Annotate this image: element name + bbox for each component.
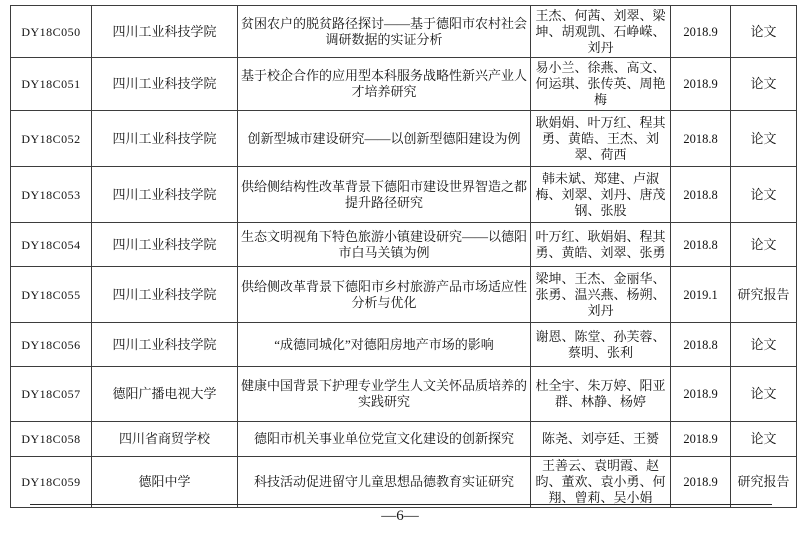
project-code: DY18C055 [11, 267, 92, 323]
result-type: 论文 [731, 58, 797, 111]
table-row: DY18C053 四川工业科技学院 供给侧结构性改革背景下德阳市建设世界智造之都… [11, 167, 797, 223]
document-page: DY18C050 四川工业科技学院 贫困农户的脱贫路径探讨——基于德阳市农村社会… [0, 0, 800, 534]
project-title: 供给侧改革背景下德阳市乡村旅游产品市场适应性分析与优化 [238, 267, 531, 323]
project-code: DY18C059 [11, 457, 92, 508]
institution: 四川工业科技学院 [92, 323, 238, 367]
result-type: 论文 [731, 111, 797, 167]
project-title: 科技活动促进留守儿童思想品德教育实证研究 [238, 457, 531, 508]
institution: 四川工业科技学院 [92, 6, 238, 58]
project-members: 梁坤、王杰、金丽华、张勇、温兴燕、杨朔、刘丹 [531, 267, 671, 323]
project-title: 生态文明视角下特色旅游小镇建设研究——以德阳市白马关镇为例 [238, 223, 531, 267]
project-members: 叶万红、耿娟娟、程其勇、黄皓、刘翠、张勇 [531, 223, 671, 267]
result-type: 论文 [731, 223, 797, 267]
project-title: 创新型城市建设研究——以创新型德阳建设为例 [238, 111, 531, 167]
table-row: DY18C054 四川工业科技学院 生态文明视角下特色旅游小镇建设研究——以德阳… [11, 223, 797, 267]
completion-date: 2018.9 [671, 457, 731, 508]
completion-date: 2018.8 [671, 323, 731, 367]
institution: 四川工业科技学院 [92, 167, 238, 223]
project-title: 贫困农户的脱贫路径探讨——基于德阳市农村社会调研数据的实证分析 [238, 6, 531, 58]
project-code: DY18C054 [11, 223, 92, 267]
institution: 四川工业科技学院 [92, 111, 238, 167]
completion-date: 2018.8 [671, 223, 731, 267]
project-members: 谢恩、陈堂、孙芙蓉、蔡明、张利 [531, 323, 671, 367]
institution: 德阳中学 [92, 457, 238, 508]
result-type: 论文 [731, 323, 797, 367]
project-members: 易小兰、徐燕、高文、何运琪、张传英、周艳梅 [531, 58, 671, 111]
project-title: 德阳市机关事业单位党宣文化建设的创新探究 [238, 422, 531, 457]
project-members: 王善云、袁明霞、赵昀、董欢、袁小勇、何翔、曾莉、吴小娟 [531, 457, 671, 508]
institution: 四川工业科技学院 [92, 58, 238, 111]
project-title: 基于校企合作的应用型本科服务战略性新兴产业人才培养研究 [238, 58, 531, 111]
result-type: 论文 [731, 367, 797, 422]
table-row: DY18C059 德阳中学 科技活动促进留守儿童思想品德教育实证研究 王善云、袁… [11, 457, 797, 508]
project-title: 健康中国背景下护理专业学生人文关怀品质培养的实践研究 [238, 367, 531, 422]
table-row: DY18C052 四川工业科技学院 创新型城市建设研究——以创新型德阳建设为例 … [11, 111, 797, 167]
project-members: 耿娟娟、叶万红、程其勇、黄皓、王杰、刘翠、荷西 [531, 111, 671, 167]
page-number: —6— [0, 508, 800, 525]
result-type: 论文 [731, 167, 797, 223]
table-row: DY18C055 四川工业科技学院 供给侧改革背景下德阳市乡村旅游产品市场适应性… [11, 267, 797, 323]
project-members: 陈尧、刘亭廷、王赟 [531, 422, 671, 457]
completion-date: 2018.9 [671, 58, 731, 111]
project-code: DY18C056 [11, 323, 92, 367]
table-row: DY18C058 四川省商贸学校 德阳市机关事业单位党宣文化建设的创新探究 陈尧… [11, 422, 797, 457]
project-members: 杜全宇、朱万婷、阳亚群、林静、杨婷 [531, 367, 671, 422]
project-code: DY18C051 [11, 58, 92, 111]
result-type: 研究报告 [731, 267, 797, 323]
project-code: DY18C053 [11, 167, 92, 223]
table-row: DY18C050 四川工业科技学院 贫困农户的脱贫路径探讨——基于德阳市农村社会… [11, 6, 797, 58]
project-code: DY18C050 [11, 6, 92, 58]
project-code: DY18C052 [11, 111, 92, 167]
project-results-table: DY18C050 四川工业科技学院 贫困农户的脱贫路径探讨——基于德阳市农村社会… [10, 5, 797, 508]
result-type: 论文 [731, 6, 797, 58]
result-type: 研究报告 [731, 457, 797, 508]
completion-date: 2018.9 [671, 367, 731, 422]
table-row: DY18C056 四川工业科技学院 “成德同城化”对德阳房地产市场的影响 谢恩、… [11, 323, 797, 367]
project-members: 王杰、何茜、刘翠、梁坤、胡观凯、石峥嵘、刘丹 [531, 6, 671, 58]
completion-date: 2018.8 [671, 167, 731, 223]
result-type: 论文 [731, 422, 797, 457]
institution: 四川工业科技学院 [92, 267, 238, 323]
footer-divider [30, 504, 772, 505]
institution: 四川省商贸学校 [92, 422, 238, 457]
project-code: DY18C058 [11, 422, 92, 457]
completion-date: 2018.8 [671, 111, 731, 167]
institution: 四川工业科技学院 [92, 223, 238, 267]
table-row: DY18C057 德阳广播电视大学 健康中国背景下护理专业学生人文关怀品质培养的… [11, 367, 797, 422]
completion-date: 2019.1 [671, 267, 731, 323]
completion-date: 2018.9 [671, 6, 731, 58]
table-row: DY18C051 四川工业科技学院 基于校企合作的应用型本科服务战略性新兴产业人… [11, 58, 797, 111]
project-code: DY18C057 [11, 367, 92, 422]
project-title: 供给侧结构性改革背景下德阳市建设世界智造之都提升路径研究 [238, 167, 531, 223]
project-members: 韩未斌、郑建、卢淑梅、刘翠、刘丹、唐茂钢、张股 [531, 167, 671, 223]
institution: 德阳广播电视大学 [92, 367, 238, 422]
project-title: “成德同城化”对德阳房地产市场的影响 [238, 323, 531, 367]
completion-date: 2018.9 [671, 422, 731, 457]
